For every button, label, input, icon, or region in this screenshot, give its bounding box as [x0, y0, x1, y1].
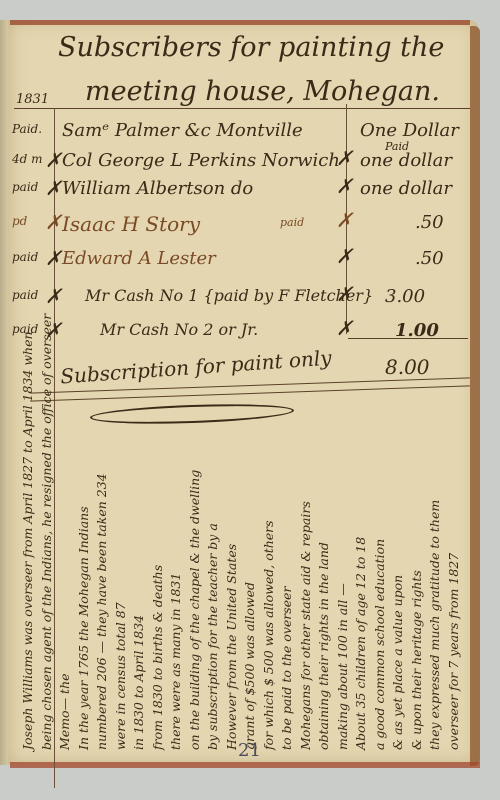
vertical-note-line: & upon their heritage rights	[409, 420, 424, 750]
cross-mark-icon: ✗	[336, 174, 353, 198]
ledger-row: pd ✗ Isaac H Story paid ✗ .50	[0, 210, 470, 244]
vertical-note-line: making about 100 in all —	[335, 420, 350, 750]
subscription-amount: 1.00	[395, 320, 439, 341]
subscription-amount: one dollar	[360, 150, 452, 171]
vertical-note-line: Joseph Williams was overseer from April …	[20, 420, 35, 750]
paid-mark: Paid.	[12, 122, 42, 136]
subscriber-name: Edward A Lester	[62, 248, 216, 269]
vertical-note-line: in 1830 to April 1834	[131, 420, 146, 750]
vertical-note-line: to be paid to the overseer	[279, 420, 294, 750]
vertical-note-line: for which $ 500 was allowed, others	[261, 420, 276, 750]
subscriber-name: William Albertson do	[62, 178, 253, 199]
vertical-note-line: overseer for 7 years from 1827	[446, 420, 461, 750]
subscriber-name: Mr Cash No 2 or Jr.	[100, 320, 258, 339]
subscriber-name: Mr Cash No 1 {paid by F Fletcher}	[85, 286, 373, 305]
vertical-note-line: there were as many in 1831	[168, 420, 183, 750]
subscription-amount: .50	[415, 248, 444, 269]
page-number: 21	[238, 740, 261, 761]
vertical-note-line: However from the United States	[224, 420, 239, 750]
subscription-amount: One Dollar	[360, 120, 459, 141]
vertical-note-line: being chosen agent of the Indians, he re…	[39, 420, 54, 750]
vertical-note-line: obtaining their rights in the land	[316, 420, 331, 750]
subscriber-name: Isaac H Story	[62, 212, 200, 236]
cross-mark-icon: ✗	[336, 146, 353, 170]
entry-note: paid	[280, 216, 304, 229]
cross-mark-icon: ✗	[45, 246, 62, 270]
vertical-note-line: About 35 children of age 12 to 18	[353, 420, 368, 750]
ledger-row: paid ✗ William Albertson do ✗ one dollar	[0, 176, 470, 210]
year-label: 1831	[16, 92, 49, 107]
vertical-note-line: grant of $500 was allowed	[242, 420, 257, 750]
subscription-total: 8.00	[385, 355, 430, 379]
vertical-note-line: were in census total 87	[113, 420, 128, 750]
subscription-amount: one dollar	[360, 178, 452, 199]
paid-mark: paid	[12, 180, 38, 194]
cross-mark-icon: ✗	[45, 148, 62, 172]
vertical-note-line: on the building of the chapel & the dwel…	[187, 420, 202, 750]
page-title-line2: meeting house, Mohegan.	[85, 76, 440, 107]
vertical-note-line: In the year 1765 the Mohegan Indians	[76, 420, 91, 750]
page-edge-bottom	[10, 762, 480, 768]
vertical-note-line: Memo— the	[57, 420, 72, 750]
subscription-amount: .50	[415, 212, 444, 233]
subscriber-name: Col George L Perkins Norwich	[62, 150, 340, 171]
cross-mark-icon: ✗	[45, 210, 62, 234]
cross-mark-icon: ✗	[45, 176, 62, 200]
vertical-note-line: by subscription for the teacher by a	[205, 420, 220, 750]
cross-mark-icon: ✗	[336, 316, 353, 340]
vertical-note-line: Mohegans for other state aid & repairs	[298, 420, 313, 750]
paid-mark: pd	[12, 214, 27, 228]
subscription-amount: 3.00	[385, 286, 425, 307]
header-rule	[14, 108, 470, 109]
vertical-note-line: & as yet place a value upon	[390, 420, 405, 750]
paid-mark: paid	[12, 250, 38, 264]
cross-mark-icon: ✗	[336, 282, 353, 306]
paid-mark: 4d m	[12, 152, 43, 166]
paid-mark: paid	[12, 288, 38, 302]
ledger-row: paid ✗ Edward A Lester ✗ .50	[0, 246, 470, 280]
vertical-note-line: numbered 206 — they have been taken 234	[94, 420, 109, 750]
vertical-note-line: from 1830 to births & deaths	[150, 420, 165, 750]
page-edge-top	[10, 20, 470, 25]
subscriber-name: Samᵉ Palmer &c Montville	[62, 120, 303, 141]
ledger-row: paid ✗ Mr Cash No 1 {paid by F Fletcher}…	[0, 284, 470, 318]
cross-mark-icon: ✗	[45, 284, 62, 308]
cross-mark-icon: ✗	[336, 208, 353, 232]
ledger-row: paid ✗ Mr Cash No 2 or Jr. ✗ 1.00	[0, 318, 470, 352]
cross-mark-icon: ✗	[336, 244, 353, 268]
page-edge-right	[470, 26, 480, 766]
page-title-line1: Subscribers for painting the	[58, 32, 444, 63]
vertical-note-line: they expressed much gratitude to them	[427, 420, 442, 750]
vertical-note-line: a good common school education	[372, 420, 387, 750]
